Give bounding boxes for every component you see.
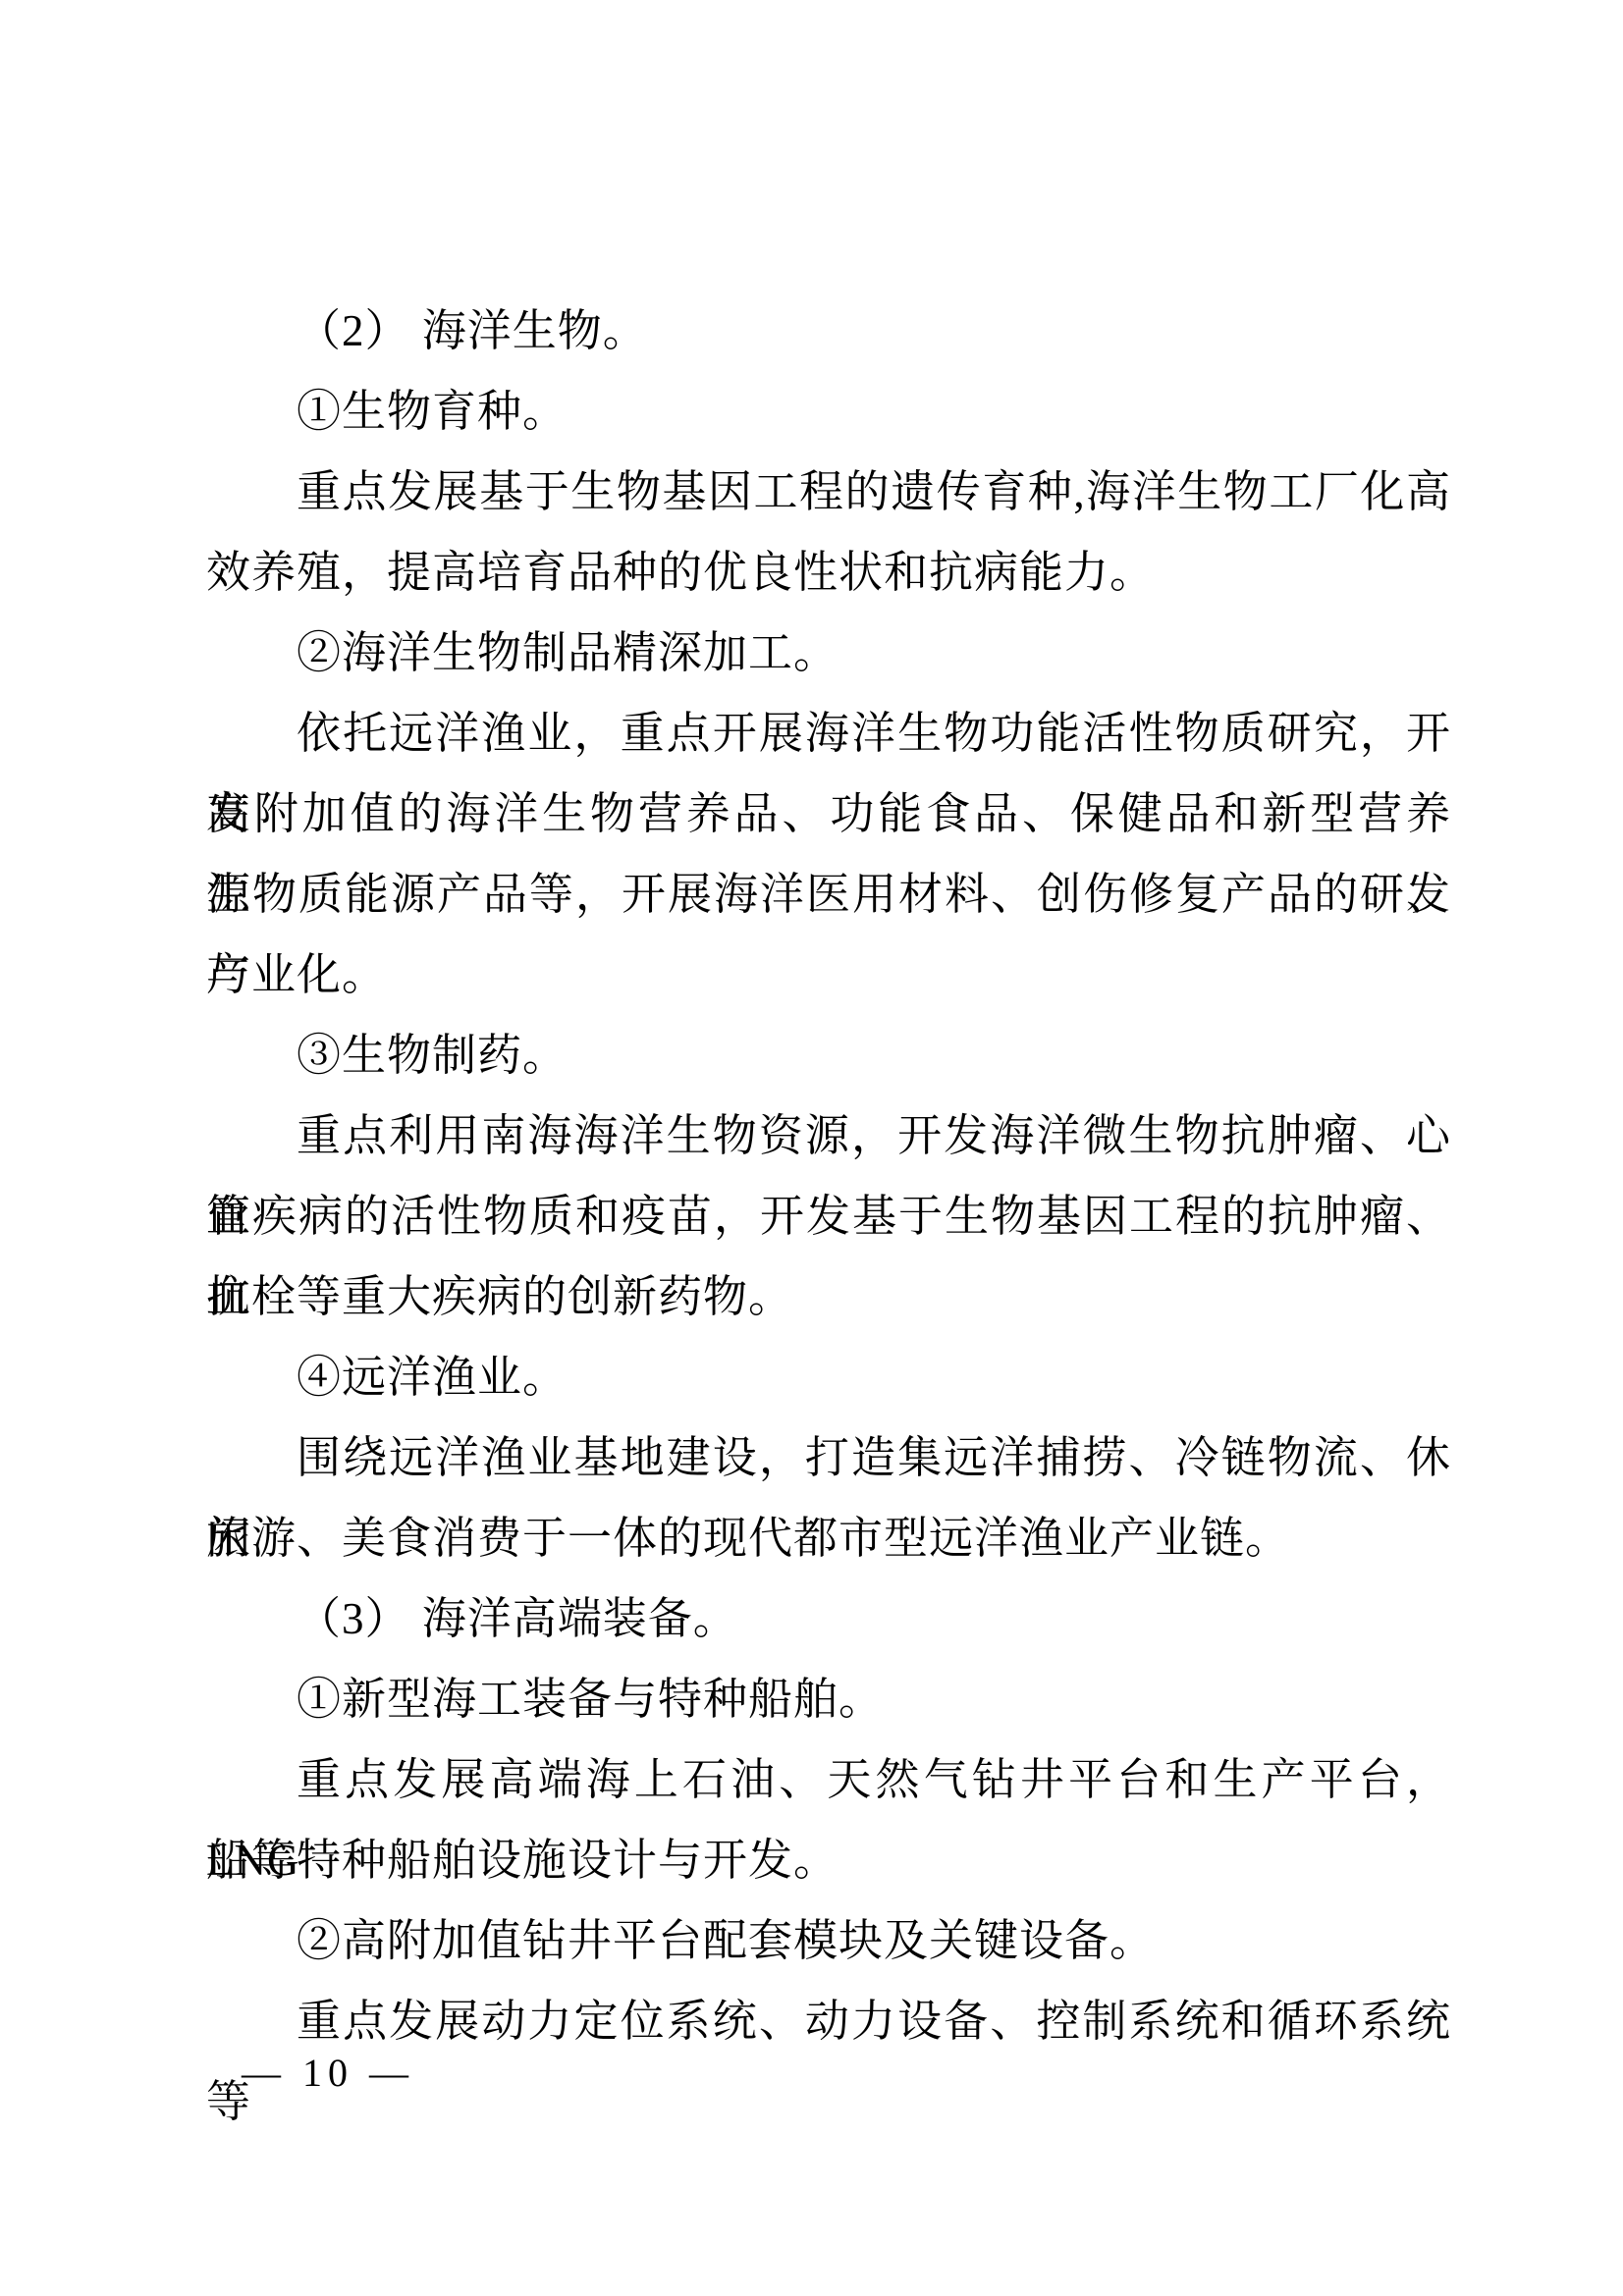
text-line: 重点发展基于生物基因工程的遗传育种,海洋生物工厂化高 bbox=[206, 452, 1451, 532]
text-line: 生物质能源产品等，开展海洋医用材料、创伤修复产品的研发与 bbox=[206, 854, 1451, 934]
text-line: （2） 海洋生物。 bbox=[206, 291, 1451, 371]
text-line: 依托远洋渔业，重点开展海洋生物功能活性物质研究，开发 bbox=[206, 693, 1451, 774]
text-line: 血栓等重大疾病的创新药物。 bbox=[206, 1256, 1451, 1337]
text-line: 重点发展高端海上石油、天然气钻井平台和生产平台，LNG bbox=[206, 1739, 1451, 1820]
text-line: 船等特种船舶设施设计与开发。 bbox=[206, 1820, 1451, 1900]
text-line: ①生物育种。 bbox=[206, 371, 1451, 452]
document-page: （2） 海洋生物。①生物育种。重点发展基于生物基因工程的遗传育种,海洋生物工厂化… bbox=[0, 0, 1623, 2296]
text-line: ②高附加值钻井平台配套模块及关键设备。 bbox=[206, 1900, 1451, 1981]
page-number: — 10 — bbox=[242, 2048, 414, 2099]
text-line: 效养殖，提高培育品种的优良性状和抗病能力。 bbox=[206, 532, 1451, 613]
text-line: 围绕远洋渔业基地建设，打造集远洋捕捞、冷链物流、休闲 bbox=[206, 1417, 1451, 1498]
text-line: ③生物制药。 bbox=[206, 1015, 1451, 1095]
document-text-block: （2） 海洋生物。①生物育种。重点发展基于生物基因工程的遗传育种,海洋生物工厂化… bbox=[206, 291, 1451, 2061]
text-line: ①新型海工装备与特种船舶。 bbox=[206, 1659, 1451, 1739]
text-line: （3） 海洋高端装备。 bbox=[206, 1578, 1451, 1659]
text-line: 产业化。 bbox=[206, 934, 1451, 1015]
text-line: 旅游、美食消费于一体的现代都市型远洋渔业产业链。 bbox=[206, 1498, 1451, 1578]
text-line: ②海洋生物制品精深加工。 bbox=[206, 613, 1451, 693]
text-line: 管疾病的活性物质和疫苗，开发基于生物基因工程的抗肿瘤、抗 bbox=[206, 1176, 1451, 1256]
text-line: 高附加值的海洋生物营养品、功能食品、保健品和新型营养源、 bbox=[206, 774, 1451, 854]
text-line: ④远洋渔业。 bbox=[206, 1337, 1451, 1417]
text-line: 重点利用南海海洋生物资源，开发海洋微生物抗肿瘤、心血 bbox=[206, 1095, 1451, 1176]
